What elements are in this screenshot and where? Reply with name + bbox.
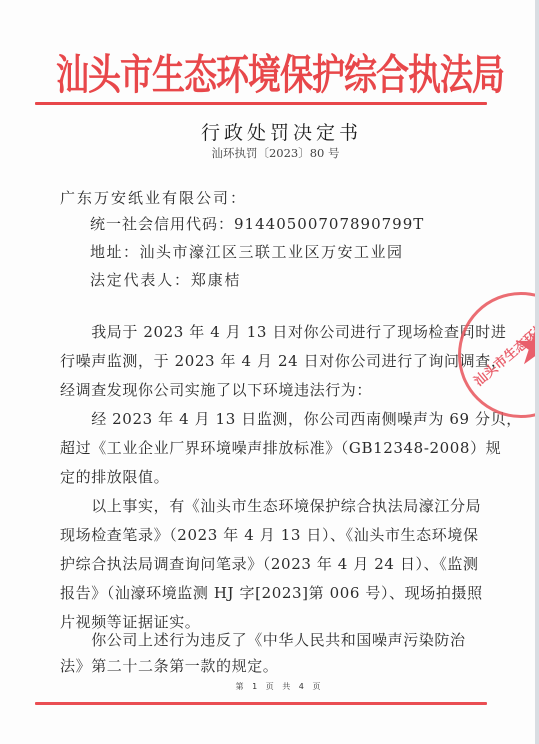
- agency-header: 汕头市生态环境保护综合执法局: [56, 44, 476, 107]
- credit-code-label: 统一社会信用代码：: [90, 215, 234, 233]
- page-indicator: 第 1 页 共 4 页: [0, 681, 539, 692]
- body-line: 现场检查笔录》（2023 年 4 月 13 日）、《汕头市生态环境保: [60, 525, 479, 545]
- body-line: 行噪声监测，于 2023 年 4 月 24 日对你公司进行了询问调查，: [60, 351, 506, 371]
- page-edge: [535, 0, 539, 744]
- body-line: 超过《工业企业厂界环境噪声排放标准》（GB12348-2008）规: [60, 438, 501, 458]
- address-line: 地址：汕头市濠江区三联工业区万安工业园: [90, 242, 404, 262]
- body-line: 定的排放限值。: [60, 467, 169, 487]
- body-line: 经调查发现你公司实施了以下环境违法行为：: [60, 380, 372, 400]
- body-line: 报告》（汕濠环境监测 HJ 字[2023]第 006 号）、现场拍摄照: [60, 583, 483, 603]
- body-line: 以上事实，有《汕头市生态环境保护综合执法局濠江分局: [60, 496, 481, 516]
- body-line: 你公司上述行为违反了《中华人民共和国噪声污染防治: [60, 630, 466, 650]
- credit-code-line: 统一社会信用代码：91440500707890799T: [90, 214, 424, 234]
- official-seal: 汕头市生态环境保 ★: [458, 292, 539, 418]
- document-title: 行政处罚决定书: [0, 118, 539, 145]
- recipient-name: 广东万安纸业有限公司：: [60, 188, 247, 208]
- address-label: 地址：: [90, 243, 140, 261]
- header-red-rule: [35, 102, 487, 105]
- address-value: 汕头市濠江区三联工业区万安工业园: [140, 243, 404, 261]
- legal-rep-value: 郑康桔: [191, 271, 241, 289]
- legal-rep-line: 法定代表人：郑康桔: [90, 270, 241, 290]
- document-page: 汕头市生态环境保护综合执法局 行政处罚决定书 汕环执罚〔2023〕80 号 广东…: [0, 0, 535, 744]
- credit-code-value: 91440500707890799T: [234, 215, 424, 233]
- legal-rep-label: 法定代表人：: [90, 271, 191, 289]
- body-line: 护综合执法局调查询问笔录》（2023 年 4 月 24 日）、《监测: [60, 554, 479, 574]
- body-line: 片视频等证据证实。: [60, 612, 200, 632]
- body-line: 经 2023 年 4 月 13 日监测，你公司西南侧噪声为 69 分贝，: [60, 409, 522, 429]
- body-line: 法》第二十二条第一款的规定。: [60, 656, 278, 676]
- footer-red-rule: [35, 702, 487, 705]
- body-line: 我局于 2023 年 4 月 13 日对你公司进行了现场检查同时进: [60, 322, 506, 342]
- document-number: 汕环执罚〔2023〕80 号: [0, 145, 539, 161]
